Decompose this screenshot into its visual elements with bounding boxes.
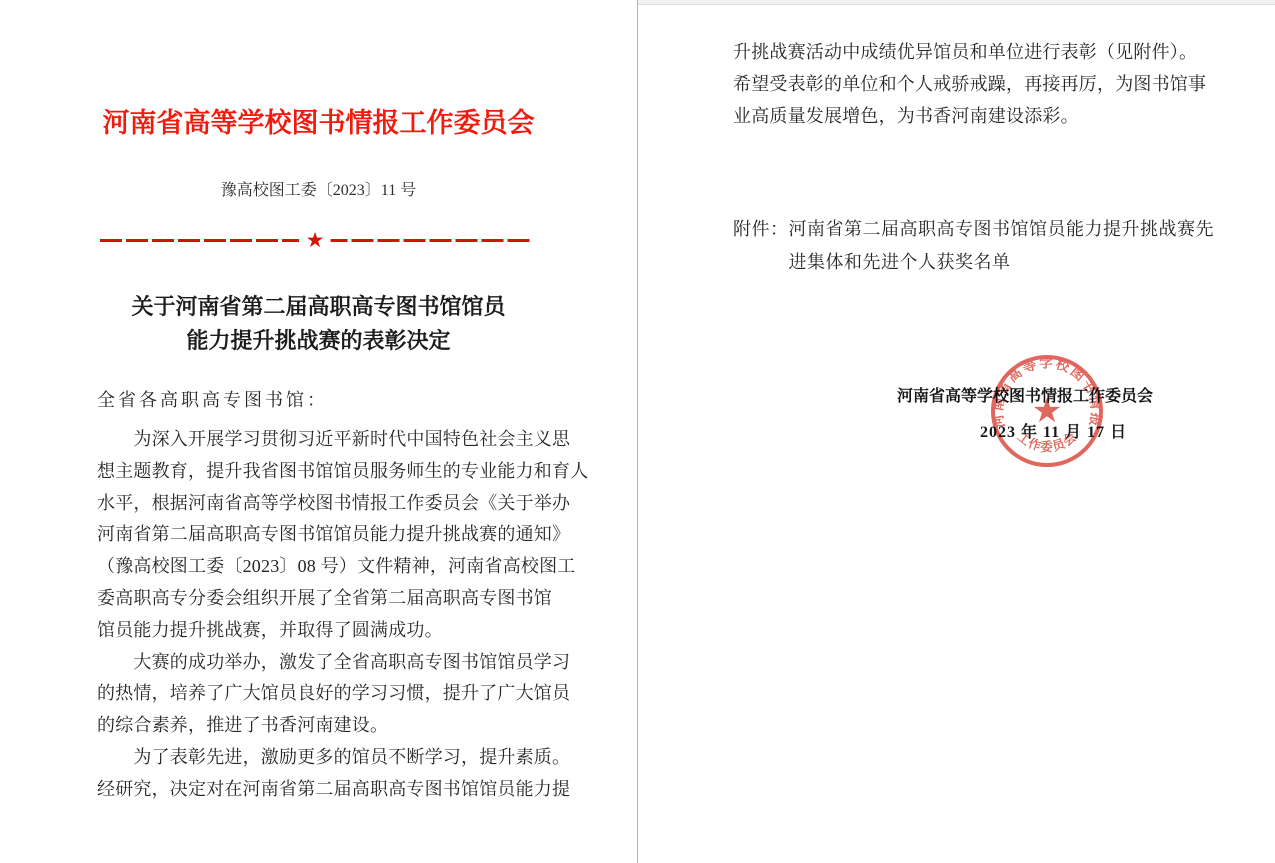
- red-letterhead-title: 河南省高等学校图书情报工作委员会: [0, 101, 637, 140]
- red-divider-line: ★: [100, 230, 530, 250]
- document-viewer: 河南省高等学校图书情报工作委员会 豫高校图工委〔2023〕11 号 ★ 关于河南…: [0, 0, 1275, 863]
- divider-dash-left: [100, 239, 299, 242]
- salutation: 全省各高职高专图书馆：: [97, 386, 328, 412]
- svg-text:工作委员会: 工作委员会: [1015, 429, 1080, 454]
- page-edge-shadow: [638, 0, 1275, 5]
- seal-bottom-text: 工作委员会: [1015, 429, 1080, 454]
- body-text-page-1: 为深入开展学习贯彻习近平新时代中国特色社会主义思 想主题教育，提升我省图书馆馆员…: [97, 424, 567, 806]
- seal-star-icon: ★: [1032, 392, 1062, 430]
- page-2: 升挑战赛活动中成绩优异馆员和单位进行表彰（见附件）。 希望受表彰的单位和个人戒骄…: [638, 0, 1275, 863]
- document-title: 关于河南省第二届高职高专图书馆馆员 能力提升挑战赛的表彰决定: [0, 290, 637, 358]
- body-text-page-2: 升挑战赛活动中成绩优异馆员和单位进行表彰（见附件）。 希望受表彰的单位和个人戒骄…: [733, 37, 1203, 132]
- document-number: 豫高校图工委〔2023〕11 号: [0, 177, 637, 200]
- star-icon: ★: [306, 230, 325, 250]
- divider-dash-right: [331, 239, 530, 242]
- page-1: 河南省高等学校图书情报工作委员会 豫高校图工委〔2023〕11 号 ★ 关于河南…: [0, 0, 637, 863]
- official-red-seal: 河南省高等学校图书情报 工作委员会 ★: [989, 353, 1105, 469]
- attachment-note: 附件：河南省第二届高职高专图书馆馆员能力提升挑战赛先 进集体和先进个人获奖名单: [733, 213, 1214, 279]
